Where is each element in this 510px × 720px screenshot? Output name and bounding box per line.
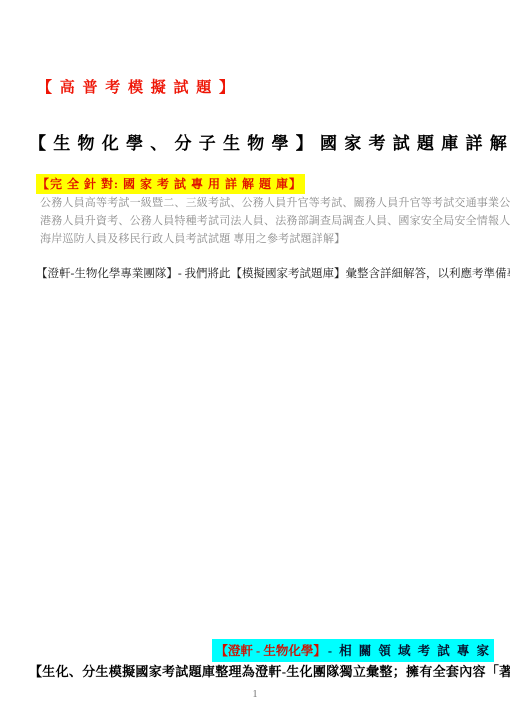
exam-scope-line-2: 港務人員升資考、公務人員特種考試司法人員、法務部調查局調查人員、國家安全局安全情…	[40, 212, 500, 230]
footer-brand-name: 【澄軒 - 生物化學】	[215, 644, 325, 658]
subject-title: 【 生 物 化 學 、 分 子 生 物 學 】 國 家 考 試 題 庫 詳 解	[29, 129, 508, 154]
exam-mock-title: 【 高 普 考 模 擬 試 題 】	[37, 76, 236, 97]
exam-scope-line-1: 公務人員高等考試一級暨二、三級考試、公務人員升官等考試、關務人員升官等考試交通事…	[40, 194, 500, 212]
footer-brand-badge: 【澄軒 - 生物化學】- 相 關 領 域 考 試 專 家	[212, 639, 494, 662]
page-number: 1	[0, 689, 510, 700]
footer-brand-tagline: - 相 關 領 域 考 試 專 家	[328, 644, 491, 658]
highlighted-subtitle: 【完 全 針 對: 國 家 考 試 專 用 詳 解 題 庫】	[36, 174, 305, 194]
team-note: 【澄軒-生物化學專業團隊】- 我們將此【模擬國家考試題庫】彙整含詳細解答，以利應…	[36, 265, 510, 281]
exam-scope-line-3: 海岸巡防人員及移民行政人員考試試題 專用之參考試題詳解】	[40, 230, 500, 248]
copyright-statement: 【生化、分生模擬國家考試題庫整理為澄軒-生化團隊獨立彙整；擁有全套內容「著作權」…	[29, 661, 510, 680]
exam-scope-paragraph: 公務人員高等考試一級暨二、三級考試、公務人員升官等考試、關務人員升官等考試交通事…	[40, 194, 500, 248]
